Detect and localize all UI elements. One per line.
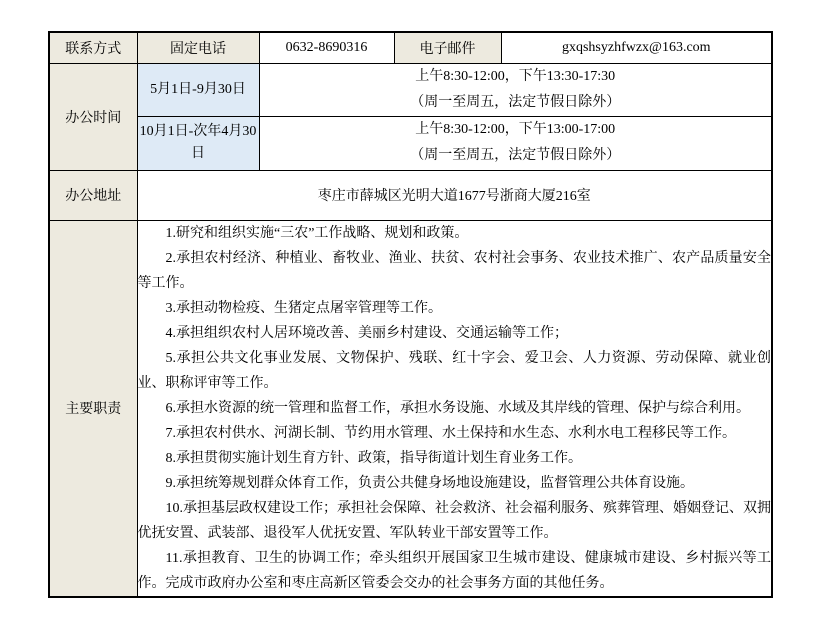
hours-period-1-time-cell: 上午8:30-12:00，下午13:30-17:30 （周一至周五，法定节假日除… <box>259 63 772 116</box>
email-label-text: 电子邮件 <box>420 42 476 57</box>
contact-row-label: 联系方式 <box>49 32 137 63</box>
address-row-label: 办公地址 <box>49 170 137 220</box>
contact-row: 联系方式 固定电话 0632-8690316 电子邮件 gxqshsyzhfwz… <box>49 32 772 63</box>
duty-item: 5.承担公共文化事业发展、文物保护、残联、红十字会、爱卫会、人力资源、劳动保障、… <box>138 346 772 396</box>
duty-item: 10.承担基层政权建设工作；承担社会保障、社会救济、社会福利服务、殡葬管理、婚姻… <box>138 496 772 546</box>
email-value-cell: gxqshsyzhfwzx@163.com <box>501 32 772 63</box>
info-table: 联系方式 固定电话 0632-8690316 电子邮件 gxqshsyzhfwz… <box>48 31 773 598</box>
hours-period-2-time-text: 上午8:30-12:00，下午13:00-17:00 <box>260 117 772 143</box>
phone-label-cell: 固定电话 <box>137 32 259 63</box>
phone-label-text: 固定电话 <box>170 42 226 57</box>
duty-item: 8.承担贯彻实施计划生育方针、政策，指导街道计划生育业务工作。 <box>138 446 772 471</box>
hours-period-1-time-text: 上午8:30-12:00，下午13:30-17:30 <box>260 64 772 90</box>
hours-period-1-note-text: （周一至周五，法定节假日除外） <box>260 90 772 116</box>
duty-item: 2.承担农村经济、种植业、畜牧业、渔业、扶贫、农村社会事务、农业技术推广、农产品… <box>138 246 772 296</box>
duty-item: 1.研究和组织实施“三农”工作战略、规划和政策。 <box>138 221 772 246</box>
duty-item: 3.承担动物检疫、生猪定点屠宰管理等工作。 <box>138 296 772 321</box>
contact-row-label-text: 联系方式 <box>65 42 121 57</box>
hours-row-1: 办公时间 5月1日-9月30日 上午8:30-12:00，下午13:30-17:… <box>49 63 772 116</box>
email-label-cell: 电子邮件 <box>394 32 501 63</box>
address-row-label-text: 办公地址 <box>65 189 121 204</box>
email-value-text: gxqshsyzhfwzx@163.com <box>562 40 711 55</box>
hours-period-2-time-cell: 上午8:30-12:00，下午13:00-17:00 （周一至周五，法定节假日除… <box>259 116 772 170</box>
address-row: 办公地址 枣庄市薛城区光明大道1677号浙商大厦216室 <box>49 170 772 220</box>
address-value-text: 枣庄市薛城区光明大道1677号浙商大厦216室 <box>318 189 591 204</box>
hours-row-label-text: 办公时间 <box>65 111 121 126</box>
hours-period-2-range-text: 10月1日-次年4月30日 <box>140 124 257 161</box>
hours-row-label: 办公时间 <box>49 63 137 170</box>
duty-item: 9.承担统筹规划群众体育工作，负责公共健身场地设施建设，监督管理公共体育设施。 <box>138 471 772 496</box>
address-value-cell: 枣庄市薛城区光明大道1677号浙商大厦216室 <box>137 170 772 220</box>
document-page: 联系方式 固定电话 0632-8690316 电子邮件 gxqshsyzhfwz… <box>0 0 816 638</box>
duties-row-label-text: 主要职责 <box>65 402 121 417</box>
phone-value-text: 0632-8690316 <box>286 40 368 55</box>
duties-row: 主要职责 1.研究和组织实施“三农”工作战略、规划和政策。2.承担农村经济、种植… <box>49 220 772 597</box>
hours-period-2-range-cell: 10月1日-次年4月30日 <box>137 116 259 170</box>
hours-row-2: 10月1日-次年4月30日 上午8:30-12:00，下午13:00-17:00… <box>49 116 772 170</box>
duty-item: 4.承担组织农村人居环境改善、美丽乡村建设、交通运输等工作； <box>138 321 772 346</box>
hours-period-1-range-text: 5月1日-9月30日 <box>150 82 246 97</box>
duty-item: 6.承担水资源的统一管理和监督工作，承担水务设施、水域及其岸线的管理、保护与综合… <box>138 396 772 421</box>
duty-item: 7.承担农村供水、河湖长制、节约用水管理、水土保持和水生态、水利水电工程移民等工… <box>138 421 772 446</box>
duties-row-label: 主要职责 <box>49 220 137 597</box>
hours-period-2-note-text: （周一至周五，法定节假日除外） <box>260 143 772 169</box>
hours-period-1-range-cell: 5月1日-9月30日 <box>137 63 259 116</box>
duties-content-cell: 1.研究和组织实施“三农”工作战略、规划和政策。2.承担农村经济、种植业、畜牧业… <box>137 220 772 597</box>
duty-item: 11.承担教育、卫生的协调工作；牵头组织开展国家卫生城市建设、健康城市建设、乡村… <box>138 546 772 596</box>
phone-value-cell: 0632-8690316 <box>259 32 394 63</box>
